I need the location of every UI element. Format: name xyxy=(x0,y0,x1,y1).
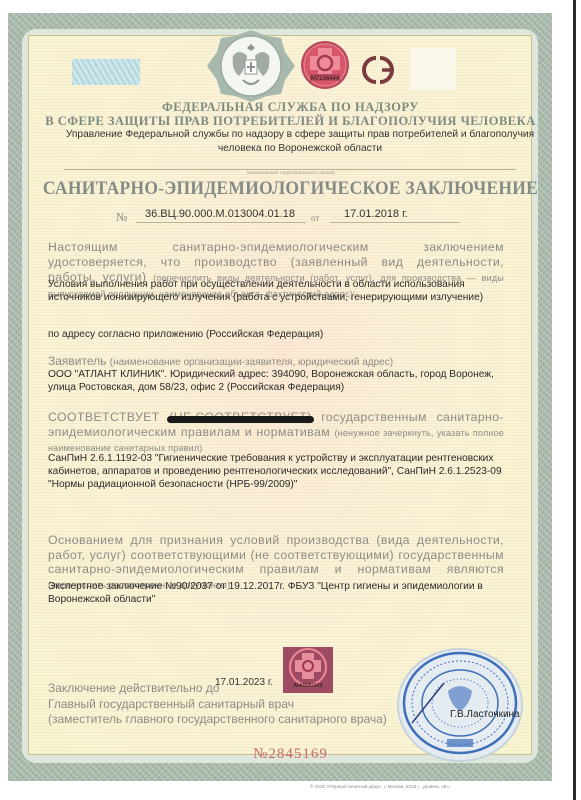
number-underline xyxy=(136,222,306,223)
struck-out-option: (НЕ СООТВЕТСТВУЕТ) xyxy=(169,410,311,425)
agency-name-line2: В СФЕРЕ ЗАЩИТЫ ПРАВ ПОТРЕБИТЕЛЕЙ И БЛАГО… xyxy=(0,114,581,129)
compliance-value: СанПиН 2.6.1.1192-03 "Гигиенические треб… xyxy=(48,452,508,491)
printer-note: © ООО «Первый печатный двор», г. Москва,… xyxy=(310,784,450,789)
applicant-hint: (наименование организации-заявителя, юри… xyxy=(110,357,393,368)
watermark-hologram-strip xyxy=(72,59,140,85)
signatory-title: Главный государственный санитарный врач xyxy=(48,697,294,711)
activity-address: по адресу согласно приложению (Российска… xyxy=(48,328,508,341)
date-label: от xyxy=(311,213,319,223)
activity-value: Условия выполнения работ при осуществлен… xyxy=(48,278,508,304)
official-round-stamp-icon xyxy=(392,643,528,763)
document-number: 36.ВЦ.90.000.М.013004.01.18 xyxy=(145,208,295,220)
document-date: 17.01.2018 г. xyxy=(344,208,408,220)
document-title: САНИТАРНО-ЭПИДЕМИОЛОГИЧЕСКОЕ ЗАКЛЮЧЕНИЕ xyxy=(23,178,558,200)
validity-label: Заключение действительно до xyxy=(48,681,219,695)
basis-lead: Основанием для признания условий произво… xyxy=(48,533,504,576)
agency-name-line1: ФЕДЕРАЛЬНАЯ СЛУЖБА ПО НАДЗОРУ xyxy=(0,100,581,115)
russian-coat-of-arms-emblem-icon xyxy=(207,30,295,102)
form-serial-number: №2845169 xyxy=(0,746,581,763)
signatory-name: Г.В.Ласточкина xyxy=(450,709,520,720)
svg-text:AH0880163: AH0880163 xyxy=(293,683,322,689)
compliance-status: СООТВЕТСТВУЕТ xyxy=(48,410,160,424)
se-certification-mark-icon xyxy=(358,54,408,86)
number-label: № xyxy=(116,210,127,225)
hologram-seal-icon: M7136444 xyxy=(300,40,350,90)
hologram-sticker-icon: AH0880163 xyxy=(283,647,333,693)
department-hint: (наименование территориального органа) xyxy=(0,170,581,175)
applicant-label-row: Заявитель (наименование организации-заяв… xyxy=(48,354,518,368)
basis-value: Экспертное заключение №90/2037 от 19.12.… xyxy=(48,580,508,606)
signatory-title-deputy: (заместитель главного государственного с… xyxy=(48,712,387,726)
applicant-value: ООО "АТЛАНТ КЛИНИК". Юридический адрес: … xyxy=(48,368,508,394)
applicant-label: Заявитель xyxy=(48,354,106,368)
svg-text:M7136444: M7136444 xyxy=(311,76,340,82)
territorial-department: Управление Федеральной службы по надзору… xyxy=(60,128,540,156)
date-underline xyxy=(330,222,460,223)
validity-date: 17.01.2023 г. xyxy=(215,677,273,688)
blank-field xyxy=(410,48,456,90)
compliance-statement: СООТВЕТСТВУЕТ (НЕ СООТВЕТСТВУЕТ) государ… xyxy=(48,410,504,456)
